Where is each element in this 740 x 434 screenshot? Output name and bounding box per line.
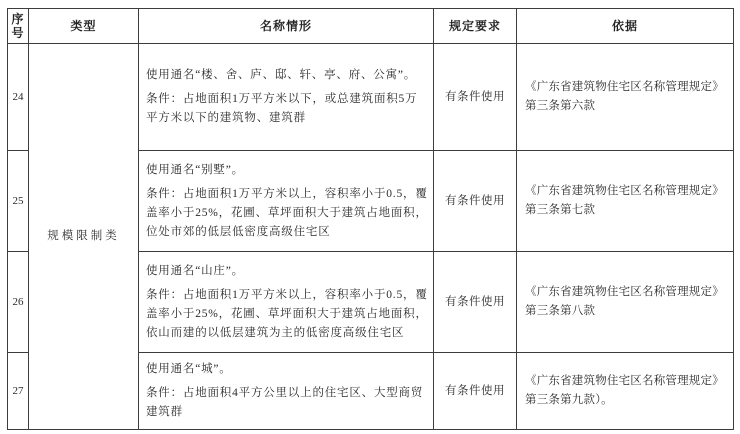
basis-24-article-clause: 第三条第六款 bbox=[525, 97, 730, 116]
situation-27: 使用通名“城”。 条件：占地面积4平方公里以上的住宅区、大型商贸建筑群 bbox=[139, 353, 434, 430]
type-group-scale-restriction: 规模限制类 bbox=[29, 44, 139, 430]
serial-number-27: 27 bbox=[8, 353, 29, 430]
column-header-serial-number: 序号 bbox=[8, 9, 29, 44]
situation-25-condition: 条件：占地面积1万平方米以上，容积率小于0.5，覆盖率小于25%，花圃、草坪面积… bbox=[146, 185, 428, 242]
serial-number-25: 25 bbox=[8, 151, 29, 252]
basis-27-regulation-title: 《广东省建筑物住宅区名称管理规定》 bbox=[525, 372, 730, 391]
basis-26-regulation-title: 《广东省建筑物住宅区名称管理规定》 bbox=[525, 283, 730, 302]
requirement-26: 有条件使用 bbox=[434, 252, 517, 353]
column-header-name-situation: 名称情形 bbox=[139, 9, 434, 44]
requirement-25: 有条件使用 bbox=[434, 151, 517, 252]
table-row-24: 24 规模限制类 使用通名“楼、舍、庐、邸、轩、亭、府、公寓”。 条件：占地面积… bbox=[8, 44, 734, 151]
serial-number-26: 26 bbox=[8, 252, 29, 353]
situation-26-usage: 使用通名“山庄”。 bbox=[146, 262, 428, 281]
situation-24-condition: 条件：占地面积1万平方米以下，或总建筑面积5万平方米以下的建筑物、建筑群 bbox=[146, 90, 428, 128]
requirement-24: 有条件使用 bbox=[434, 44, 517, 151]
situation-24: 使用通名“楼、舍、庐、邸、轩、亭、府、公寓”。 条件：占地面积1万平方米以下，或… bbox=[139, 44, 434, 151]
column-header-requirement: 规定要求 bbox=[434, 9, 517, 44]
situation-25-usage: 使用通名“别墅”。 bbox=[146, 161, 428, 180]
basis-25-regulation-title: 《广东省建筑物住宅区名称管理规定》 bbox=[525, 182, 730, 201]
situation-26: 使用通名“山庄”。 条件：占地面积1万平方米以上，容积率小于0.5，覆盖率小于2… bbox=[139, 252, 434, 353]
document-page: 序号 类型 名称情形 规定要求 依据 24 规模限制类 使用通名“楼、舍、庐、邸… bbox=[7, 8, 734, 430]
situation-27-condition: 条件：占地面积4平方公里以上的住宅区、大型商贸建筑群 bbox=[146, 384, 428, 422]
basis-26: 《广东省建筑物住宅区名称管理规定》 第三条第八款 bbox=[517, 252, 734, 353]
basis-24-regulation-title: 《广东省建筑物住宅区名称管理规定》 bbox=[525, 78, 730, 97]
basis-25-article-clause: 第三条第七款 bbox=[525, 201, 730, 220]
column-header-type: 类型 bbox=[29, 9, 139, 44]
basis-24: 《广东省建筑物住宅区名称管理规定》 第三条第六款 bbox=[517, 44, 734, 151]
basis-26-article-clause: 第三条第八款 bbox=[525, 302, 730, 321]
basis-27-article-clause: 第三条第九款）。 bbox=[525, 391, 730, 410]
situation-25: 使用通名“别墅”。 条件：占地面积1万平方米以上，容积率小于0.5，覆盖率小于2… bbox=[139, 151, 434, 252]
basis-25: 《广东省建筑物住宅区名称管理规定》 第三条第七款 bbox=[517, 151, 734, 252]
situation-24-usage: 使用通名“楼、舍、庐、邸、轩、亭、府、公寓”。 bbox=[146, 66, 428, 85]
serial-number-24: 24 bbox=[8, 44, 29, 151]
column-header-basis: 依据 bbox=[517, 9, 734, 44]
basis-27: 《广东省建筑物住宅区名称管理规定》 第三条第九款）。 bbox=[517, 353, 734, 430]
situation-27-usage: 使用通名“城”。 bbox=[146, 360, 428, 379]
requirement-27: 有条件使用 bbox=[434, 353, 517, 430]
naming-regulation-table: 序号 类型 名称情形 规定要求 依据 24 规模限制类 使用通名“楼、舍、庐、邸… bbox=[7, 8, 734, 430]
table-header-row: 序号 类型 名称情形 规定要求 依据 bbox=[8, 9, 734, 44]
situation-26-condition: 条件：占地面积1万平方米以上，容积率小于0.5，覆盖率小于25%，花圃、草坪面积… bbox=[146, 286, 428, 343]
